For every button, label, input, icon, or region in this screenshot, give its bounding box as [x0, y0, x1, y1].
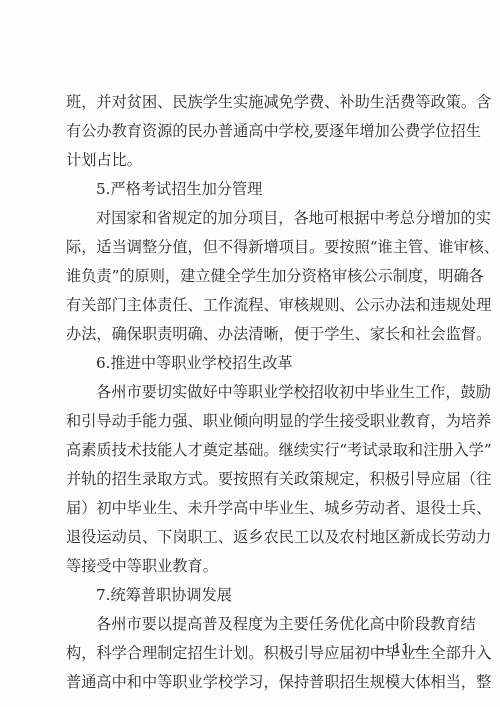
document-page: 班，并对贫困、民族学生实施减免学费、补助生活费等政策。含 有公办教育资源的民办普… [0, 0, 500, 707]
text-line: 高素质技术技能人才奠定基础。继续实行“考试录取和注册入学” [66, 436, 436, 465]
text-line: 和引导动手能力强、职业倾向明显的学生接受职业教育，为培养 [66, 407, 436, 436]
text-line: 有公办教育资源的民办普通高中学校,要逐年增加公费学位招生 [66, 117, 436, 146]
text-line: 班，并对贫困、民族学生实施减免学费、补助生活费等政策。含 [66, 88, 436, 117]
text-line: 等接受中等职业教育。 [66, 552, 436, 581]
text-line: 普通高中和中等职业学校学习，保持普职招生规模大体相当，整 [66, 668, 436, 697]
text-line: 退役运动员、下岗职工、返乡农民工以及农村地区新成长劳动力 [66, 523, 436, 552]
text-line: 办法，确保职责明确、办法清晰，便于学生、家长和社会监督。 [66, 320, 436, 349]
page-body: 班，并对贫困、民族学生实施减免学费、补助生活费等政策。含 有公办教育资源的民办普… [66, 88, 436, 697]
text-line: 对国家和省规定的加分项目，各地可根据中考总分增加的实 [66, 204, 436, 233]
text-line: 届）初中毕业生、未升学高中毕业生、城乡劳动者、退役士兵、 [66, 494, 436, 523]
text-line: 有关部门主体责任、工作流程、审核规则、公示办法和违规处理 [66, 291, 436, 320]
text-line: 各州市要切实做好中等职业学校招收初中毕业生工作，鼓励 [66, 378, 436, 407]
section-heading-7: 7.统筹普职协调发展 [66, 581, 436, 610]
text-line: 并轨的招生录取方式。要按照有关政策规定，积极引导应届（往 [66, 465, 436, 494]
text-line: 计划占比。 [66, 146, 436, 175]
section-heading-5: 5.严格考试招生加分管理 [66, 175, 436, 204]
text-line: 各州市要以提高普及程度为主要任务优化高中阶段教育结 [66, 610, 436, 639]
page-number: — 11 — [376, 642, 426, 657]
section-heading-6: 6.推进中等职业学校招生改革 [66, 349, 436, 378]
text-line: 际，适当调整分值，但不得新增项目。要按照“谁主管、谁审核、 [66, 233, 436, 262]
text-line: 谁负责”的原则，建立健全学生加分资格审核公示制度，明确各 [66, 262, 436, 291]
